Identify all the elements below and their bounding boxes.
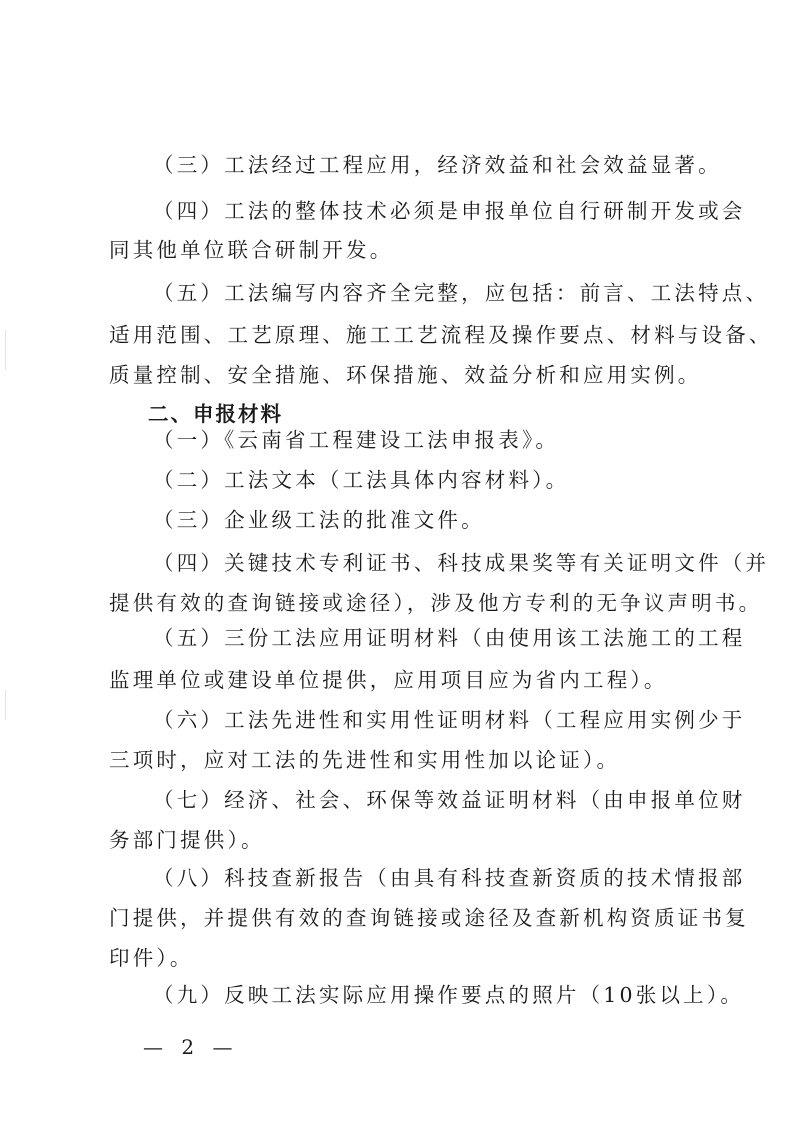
paragraph-line: （一）《云南省工程建设工法申报表》。 <box>153 425 559 455</box>
paragraph-line: （八）科技查新报告（由具有科技查新资质的技术情报部 <box>153 863 746 893</box>
document-page: （三）工法经过工程应用，经济效益和社会效益显著。 （四）工法的整体技术必须是申报… <box>0 0 793 1121</box>
paragraph-line: （二）工法文本（工法具体内容材料）。 <box>153 465 569 495</box>
scan-margin-mark <box>5 690 6 720</box>
paragraph-line: （四）工法的整体技术必须是申报单位自行研制开发或会 <box>153 196 746 226</box>
paragraph-line: 三项时，应对工法的先进性和实用性加以论证）。 <box>109 745 620 775</box>
paragraph-line: （九）反映工法实际应用操作要点的照片（10张以上）。 <box>153 980 744 1010</box>
scan-margin-mark <box>5 330 6 370</box>
paragraph-line: 质量控制、安全措施、环保措施、效益分析和应用实例。 <box>109 360 702 390</box>
paragraph-line: （五）工法编写内容齐全完整，应包括：前言、工法特点、 <box>153 278 769 308</box>
paragraph-line: （七）经济、社会、环保等效益证明材料（由申报单位财 <box>153 785 746 815</box>
paragraph-line: 适用范围、工艺原理、施工工艺流程及操作要点、材料与设备、 <box>109 320 773 350</box>
paragraph-line: 监理单位或建设单位提供，应用项目应为省内工程）。 <box>109 665 668 695</box>
page-number: — 2 — <box>143 1034 238 1060</box>
paragraph-line: 提供有效的查询链接或途径），涉及他方专利的无争议声明书。 <box>109 588 762 618</box>
paragraph-line: 务部门提供）。 <box>109 825 265 855</box>
paragraph-line: 印件）。 <box>109 943 194 973</box>
paragraph-line: （三）工法经过工程应用，经济效益和社会效益显著。 <box>153 150 722 180</box>
paragraph-line: 门提供，并提供有效的查询链接或途径及查新机构资质证书复 <box>109 903 749 933</box>
paragraph-line: 同其他单位联合研制开发。 <box>109 235 393 265</box>
paragraph-line: （三）企业级工法的批准文件。 <box>153 505 485 535</box>
paragraph-line: （四）关键技术专利证书、科技成果奖等有关证明文件（并 <box>153 548 769 578</box>
paragraph-line: （六）工法先进性和实用性证明材料（工程应用实例少于 <box>153 705 746 735</box>
paragraph-line: （五）三份工法应用证明材料（由使用该工法施工的工程 <box>153 623 746 653</box>
